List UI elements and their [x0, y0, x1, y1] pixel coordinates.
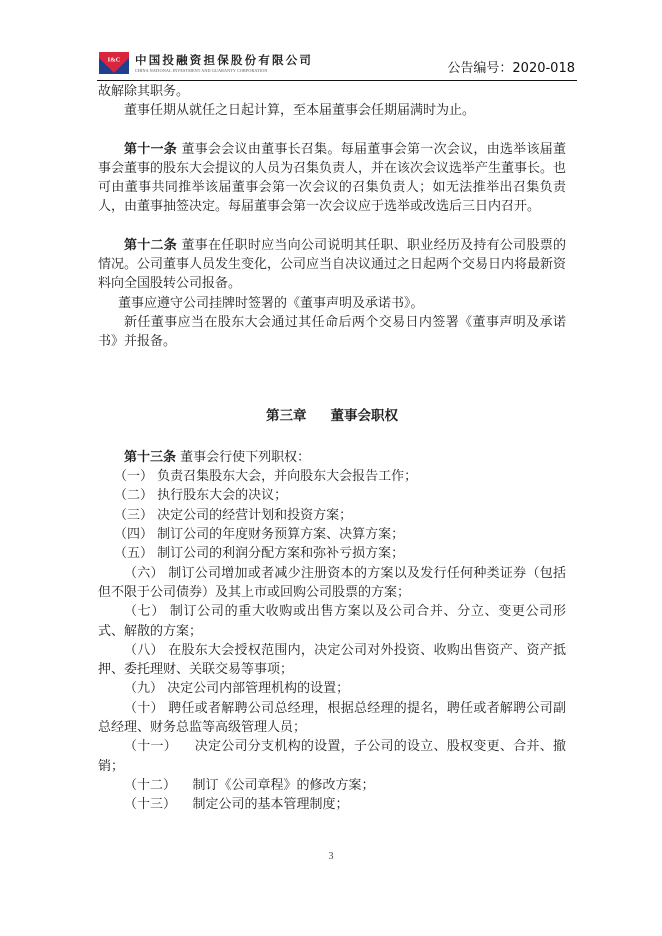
document-page: I&C 中国投融资担保股份有限公司 CHINA NATIONAL INVESTM…: [0, 0, 662, 936]
article-13-intro: 董事会行使下列职权：: [180, 450, 310, 465]
duty-item-6: （六） 制订公司增加或者减少注册资本的方案以及发行任何种类证券（包括但不限于公司…: [98, 564, 566, 603]
page-header: I&C 中国投融资担保股份有限公司 CHINA NATIONAL INVESTM…: [97, 48, 577, 82]
company-logo-icon: I&C: [99, 52, 129, 74]
page-number: 3: [0, 851, 662, 862]
article-11-label: 第十一条: [124, 142, 177, 157]
article-13-label: 第十三条: [124, 450, 176, 465]
document-body: 故解除其职务。 董事任期从就任之日起计算，至本届董事会任期届满时为止。 第十一条…: [98, 82, 566, 815]
company-name-en: CHINA NATIONAL INVESTMENT AND GUARANTY C…: [135, 68, 267, 73]
carry-over-text: 故解除其职务。: [98, 82, 566, 101]
duty-item-12: （十二） 制订《公司章程》的修改方案；: [98, 776, 566, 795]
duty-item-3: （三） 决定公司的经营计划和投资方案；: [98, 506, 566, 525]
announcement-number: 公告编号：2020-018: [447, 57, 575, 76]
announcement-value: 2020-018: [512, 61, 575, 76]
chapter-number: 第三章: [266, 408, 307, 424]
duty-item-11: （十一） 决定公司分支机构的设置，子公司的设立、股权变更、合并、撤销；: [98, 737, 566, 776]
duty-item-4: （四） 制订公司的年度财务预算方案、决算方案；: [98, 525, 566, 544]
duty-item-10: （十） 聘任或者解聘公司总经理，根据总经理的提名，聘任或者解聘公司副总经理、财务…: [98, 699, 566, 738]
article-12: 第十二条 董事在任职时应当向公司说明其任职、职业经历及持有公司股票的情况。公司董…: [98, 236, 566, 294]
duty-item-9: （九） 决定公司内部管理机构的设置；: [98, 679, 566, 698]
spacer: [98, 217, 566, 236]
company-name-cn: 中国投融资担保股份有限公司: [135, 52, 313, 68]
duty-item-7: （七） 制订公司的重大收购或出售方案以及公司合并、分立、变更公司形式、解散的方案…: [98, 602, 566, 641]
svg-text:I&C: I&C: [108, 57, 121, 64]
article-11: 第十一条 董事会会议由董事长召集。每届董事会第一次会议，由选举该届董事会董事的股…: [98, 140, 566, 217]
announcement-label: 公告编号：: [447, 61, 512, 76]
article-13: 第十三条 董事会行使下列职权：: [98, 448, 566, 467]
spacer: [98, 121, 566, 140]
chapter-title: 董事会职权: [331, 408, 399, 424]
term-paragraph: 董事任期从就任之日起计算，至本届董事会任期届满时为止。: [98, 101, 566, 120]
article-12-para-3: 新任董事应当在股东大会通过其任命后两个交易日内签署《董事声明及承诺书》并报备。: [98, 313, 566, 352]
spacer: [98, 352, 566, 407]
duty-item-2: （二） 执行股东大会的决议；: [98, 486, 566, 505]
chapter-heading: 第三章董事会职权: [98, 407, 566, 426]
duty-item-8: （八） 在股东大会授权范围内，决定公司对外投资、收购出售资产、资产抵押、委托理财…: [98, 641, 566, 680]
duty-item-1: （一） 负责召集股东大会，并向股东大会报告工作；: [98, 467, 566, 486]
duty-item-13: （十三） 制定公司的基本管理制度；: [98, 795, 566, 814]
header-divider: [97, 80, 577, 81]
article-12-para-2: 董事应遵守公司挂牌时签署的《董事声明及承诺书》。: [98, 294, 566, 313]
article-12-label: 第十二条: [124, 238, 177, 253]
spacer: [98, 426, 566, 448]
duty-item-5: （五） 制订公司的利润分配方案和弥补亏损方案；: [98, 544, 566, 563]
